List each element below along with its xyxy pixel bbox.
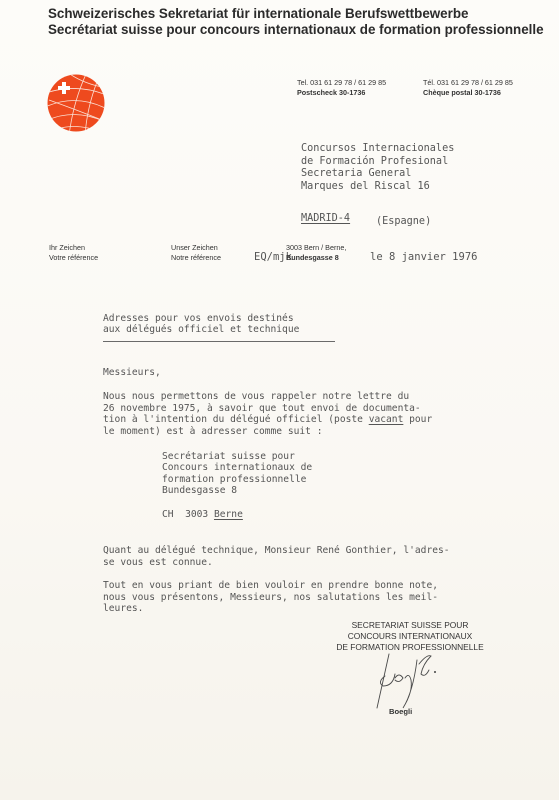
signature-organization: SECRETARIAT SUISSE POUR CONCOURS INTERNA… — [300, 620, 520, 653]
paragraph-1: Nous nous permettons de vous rappeler no… — [103, 391, 432, 437]
sender-street: Bundesgasse 8 — [286, 253, 346, 263]
postal-account-de: Postscheck 30-1736 — [297, 88, 386, 98]
letterhead-title-de: Schweizerisches Sekretariat für internat… — [48, 6, 468, 21]
salutation: Messieurs, — [103, 367, 161, 379]
vacant-emphasis: vacant — [369, 414, 404, 425]
subject-underline — [103, 341, 335, 342]
our-reference-label: Unser Zeichen Notre référence — [171, 243, 221, 263]
city-name: Berne — [214, 509, 243, 520]
forwarding-city: CH 3003 Berne — [162, 509, 243, 520]
recipient-city: MADRID-4 — [301, 213, 350, 224]
your-reference-label: Ihr Zeichen Votre référence — [49, 243, 98, 263]
letter-date: le 8 janvier 1976 — [370, 251, 477, 263]
our-ref-label-de: Unser Zeichen — [171, 243, 221, 253]
subject: Adresses pour vos envois destinés aux dé… — [103, 313, 299, 336]
postal-account-fr: Chèque postal 30-1736 — [423, 88, 513, 98]
postcode: CH 3003 — [162, 509, 214, 520]
paragraph-2: Quant au délégué technique, Monsieur Ren… — [103, 545, 450, 568]
phone-de: Tel. 031 61 29 78 / 61 29 85 — [297, 78, 386, 88]
recipient-country: (Espagne) — [376, 216, 431, 227]
contact-fr: Tél. 031 61 29 78 / 61 29 85 Chèque post… — [423, 78, 513, 98]
sender-city: 3003 Bern / Berne, — [286, 243, 346, 253]
forwarding-address: Secrétariat suisse pour Concours interna… — [162, 451, 312, 497]
signatory-name: Boegli — [389, 707, 412, 716]
sender-place: 3003 Bern / Berne, Bundesgasse 8 — [286, 243, 346, 263]
letter-page: Schweizerisches Sekretariat für internat… — [0, 0, 559, 800]
paragraph-3: Tout en vous priant de bien vouloir en p… — [103, 580, 438, 615]
our-ref-label-fr: Notre référence — [171, 253, 221, 263]
org-line-1: SECRETARIAT SUISSE POUR — [300, 620, 520, 631]
contact-de: Tel. 031 61 29 78 / 61 29 85 Postscheck … — [297, 78, 386, 98]
org-line-2: CONCOURS INTERNATIONAUX — [300, 631, 520, 642]
letterhead-title-fr: Secrétariat suisse pour concours interna… — [48, 22, 544, 37]
swiss-cross-globe-icon — [47, 74, 105, 132]
recipient-address: Concursos Internacionales de Formación P… — [301, 143, 454, 193]
phone-fr: Tél. 031 61 29 78 / 61 29 85 — [423, 78, 513, 88]
handwritten-signature-icon — [373, 652, 443, 712]
